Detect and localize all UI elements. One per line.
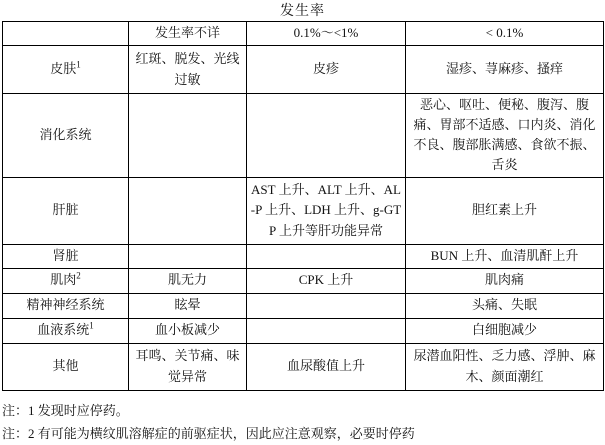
value-cell-mid: AST 上升、ALT 上升、AL-P 上升、LDH 上升、g-GTP 上升等肝功…: [247, 177, 406, 244]
value-cell-low: 湿疹、荨麻疹、搔痒: [406, 46, 604, 94]
system-cell: 皮肤1: [3, 46, 129, 94]
value-cell-unknown: 肌无力: [129, 268, 247, 293]
value-cell-low: 尿潜血阳性、乏力感、浮肿、麻木、颜面潮红: [406, 343, 604, 390]
header-cell-blank: [3, 22, 129, 46]
value-cell-mid: 血尿酸值上升: [247, 343, 406, 390]
header-row: 发生率不详 0.1%～<1% < 0.1%: [3, 22, 604, 46]
system-cell: 肾脏: [3, 244, 129, 268]
value-cell-low: 胆红素上升: [406, 177, 604, 244]
footnote-2: 注：2 有可能为横纹肌溶解症的前驱症状，因此应注意观察，必要时停药: [2, 422, 603, 445]
system-cell: 其他: [3, 343, 129, 390]
table-row: 其他耳鸣、关节痛、味觉异常血尿酸值上升尿潜血阳性、乏力感、浮肿、麻木、颜面潮红: [3, 343, 604, 390]
table-title: 发生率: [2, 2, 603, 21]
adverse-reaction-table: 发生率不详 0.1%～<1% < 0.1% 皮肤1红斑、脱发、光线过敏皮疹湿疹、…: [2, 21, 604, 391]
header-cell-mid: 0.1%～<1%: [247, 22, 406, 46]
value-cell-unknown: [129, 244, 247, 268]
table-row: 血液系统1血小板减少白细胞减少: [3, 318, 604, 343]
header-cell-low: < 0.1%: [406, 22, 604, 46]
table-row: 精神神经系统眩晕头痛、失眠: [3, 293, 604, 318]
value-cell-unknown: 眩晕: [129, 293, 247, 318]
value-cell-low: 头痛、失眠: [406, 293, 604, 318]
value-cell-mid: CPK 上升: [247, 268, 406, 293]
value-cell-low: BUN 上升、血清肌酐上升: [406, 244, 604, 268]
footnotes: 注：1 发现时应停药。 注：2 有可能为横纹肌溶解症的前驱症状，因此应注意观察，…: [2, 399, 603, 445]
footnote-ref: 1: [76, 60, 81, 70]
system-cell: 精神神经系统: [3, 293, 129, 318]
value-cell-unknown: [129, 177, 247, 244]
table-row: 肌肉2肌无力CPK 上升肌肉痛: [3, 268, 604, 293]
value-cell-mid: [247, 293, 406, 318]
value-cell-low: 肌肉痛: [406, 268, 604, 293]
system-cell: 肝脏: [3, 177, 129, 244]
system-cell: 肌肉2: [3, 268, 129, 293]
footnote-ref: 2: [76, 271, 81, 281]
table-body: 皮肤1红斑、脱发、光线过敏皮疹湿疹、荨麻疹、搔痒消化系统恶心、呕吐、便秘、腹泻、…: [3, 46, 604, 391]
footnote-ref: 1: [89, 321, 94, 331]
table-row: 肾脏BUN 上升、血清肌酐上升: [3, 244, 604, 268]
value-cell-mid: [247, 94, 406, 178]
value-cell-low: 白细胞减少: [406, 318, 604, 343]
value-cell-unknown: 血小板减少: [129, 318, 247, 343]
table-row: 消化系统恶心、呕吐、便秘、腹泻、腹痛、胃部不适感、口内炎、消化不良、腹部胀满感、…: [3, 94, 604, 178]
value-cell-low: 恶心、呕吐、便秘、腹泻、腹痛、胃部不适感、口内炎、消化不良、腹部胀满感、食欲不振…: [406, 94, 604, 178]
value-cell-mid: [247, 318, 406, 343]
value-cell-unknown: 红斑、脱发、光线过敏: [129, 46, 247, 94]
system-cell: 消化系统: [3, 94, 129, 178]
system-cell: 血液系统1: [3, 318, 129, 343]
table-row: 皮肤1红斑、脱发、光线过敏皮疹湿疹、荨麻疹、搔痒: [3, 46, 604, 94]
value-cell-unknown: 耳鸣、关节痛、味觉异常: [129, 343, 247, 390]
value-cell-mid: 皮疹: [247, 46, 406, 94]
value-cell-unknown: [129, 94, 247, 178]
value-cell-mid: [247, 244, 406, 268]
document-page: 发生率 发生率不详 0.1%～<1% < 0.1% 皮肤1红斑、脱发、光线过敏皮…: [0, 0, 605, 432]
table-row: 肝脏AST 上升、ALT 上升、AL-P 上升、LDH 上升、g-GTP 上升等…: [3, 177, 604, 244]
header-cell-unknown: 发生率不详: [129, 22, 247, 46]
footnote-1: 注：1 发现时应停药。: [2, 399, 603, 422]
